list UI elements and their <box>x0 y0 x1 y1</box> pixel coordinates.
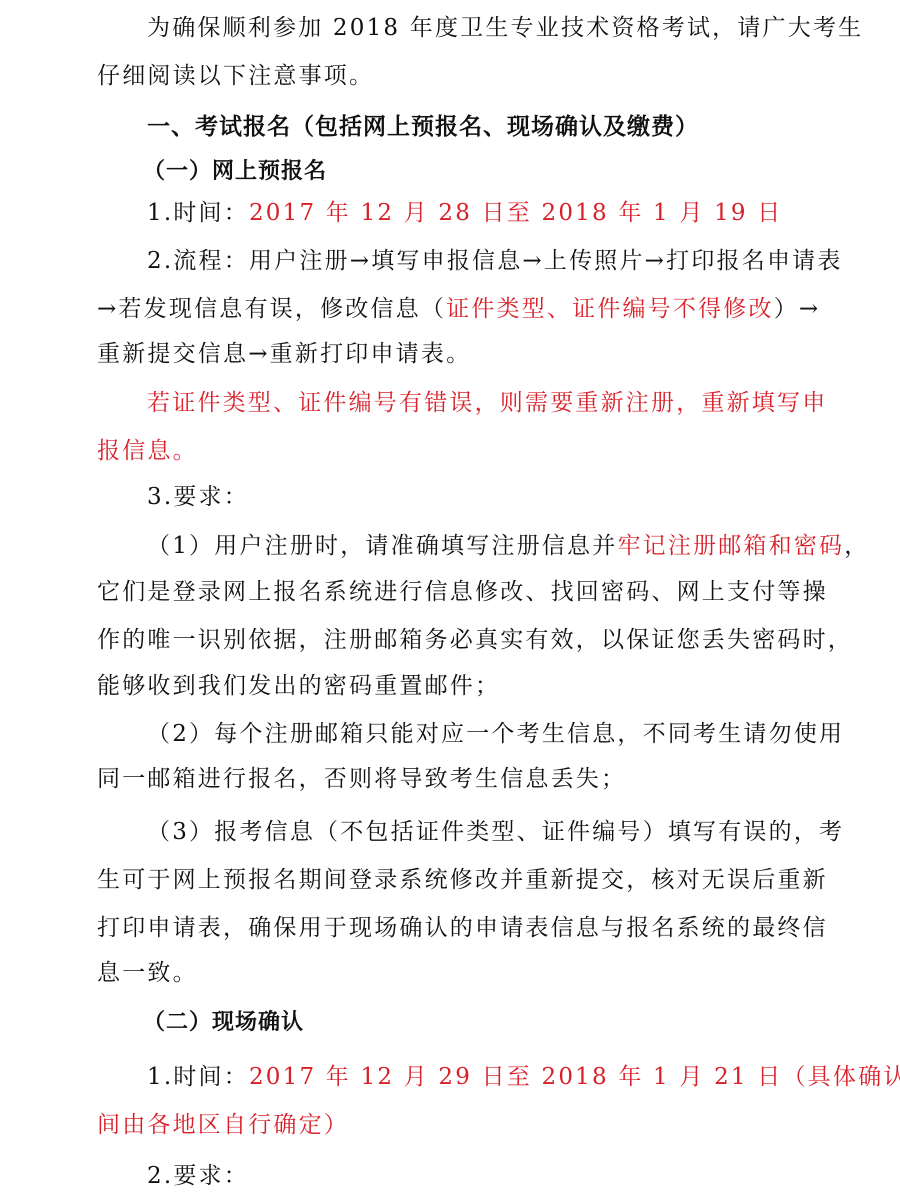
process-line-2-text: →若发现信息有误，修改信息（ <box>97 296 446 322</box>
onsite-confirmation-time-line-1: 1.时间：2017 年 12 月 29 日至 2018 年 1 月 21 日（具… <box>147 1057 807 1097</box>
process-line-2: →若发现信息有误，修改信息（证件类型、证件编号不得修改）→ <box>97 289 807 329</box>
onsite-time-value: 2017 年 12 月 29 日至 2018 年 1 月 21 日（具体确认时 <box>249 1064 900 1090</box>
intro-line-1: 为确保顺利参加 2018 年度卫生专业技术资格考试，请广大考生 <box>147 8 807 48</box>
requirement-1-line-2: 它们是登录网上报名系统进行信息修改、找回密码、网上支付等操 <box>97 572 807 612</box>
warning-line-2: 报信息。 <box>97 431 807 471</box>
requirement-1-red-note: 牢记注册邮箱和密码 <box>617 533 844 559</box>
onsite-time-label: 1.时间： <box>147 1064 249 1090</box>
time-label: 1.时间： <box>147 200 249 226</box>
requirement-1-text: （1）用户注册时，请准确填写注册信息并 <box>147 533 617 559</box>
intro-line-2: 仔细阅读以下注意事项。 <box>97 56 807 96</box>
requirement-3-line-1: （3）报考信息（不包括证件类型、证件编号）填写有误的，考 <box>147 812 807 852</box>
process-line-2-red-note: 证件类型、证件编号不得修改 <box>446 296 774 322</box>
time-value: 2017 年 12 月 28 日至 2018 年 1 月 19 日 <box>249 200 783 226</box>
process-line-1: 2.流程：用户注册→填写申报信息→上传照片→打印报名申请表 <box>147 241 807 281</box>
onsite-requirements-label: 2.要求： <box>147 1156 807 1196</box>
section-1-heading: 一、考试报名（包括网上预报名、现场确认及缴费） <box>147 107 807 147</box>
warning-line-1: 若证件类型、证件编号有错误，则需要重新注册，重新填写申 <box>147 383 807 423</box>
subsection-online-registration-heading: （一）网上预报名 <box>143 152 807 192</box>
process-line-3: 重新提交信息→重新打印申请表。 <box>97 334 807 374</box>
requirement-1-punct: ， <box>844 533 869 559</box>
requirement-3-line-4: 息一致。 <box>97 953 807 993</box>
requirement-3-line-2: 生可于网上预报名期间登录系统修改并重新提交，核对无误后重新 <box>97 860 807 900</box>
requirement-2-line-2: 同一邮箱进行报名，否则将导致考生信息丢失； <box>97 759 807 799</box>
onsite-confirmation-time-line-2: 间由各地区自行确定） <box>97 1105 807 1145</box>
requirement-1-line-4: 能够收到我们发出的密码重置邮件； <box>97 666 807 706</box>
requirement-3-line-3: 打印申请表，确保用于现场确认的申请表信息与报名系统的最终信 <box>97 908 807 948</box>
requirement-2-line-1: （2）每个注册邮箱只能对应一个考生信息，不同考生请勿使用 <box>147 714 807 754</box>
subsection-onsite-confirmation-heading: （二）现场确认 <box>143 1003 807 1043</box>
online-registration-time: 1.时间：2017 年 12 月 28 日至 2018 年 1 月 19 日 <box>147 193 807 233</box>
requirements-label: 3.要求： <box>147 477 807 517</box>
requirement-1-line-3: 作的唯一识别依据，注册邮箱务必真实有效，以保证您丢失密码时， <box>97 620 807 660</box>
process-line-2-end: ）→ <box>774 296 821 322</box>
requirement-1-line-1: （1）用户注册时，请准确填写注册信息并牢记注册邮箱和密码， <box>147 526 807 566</box>
